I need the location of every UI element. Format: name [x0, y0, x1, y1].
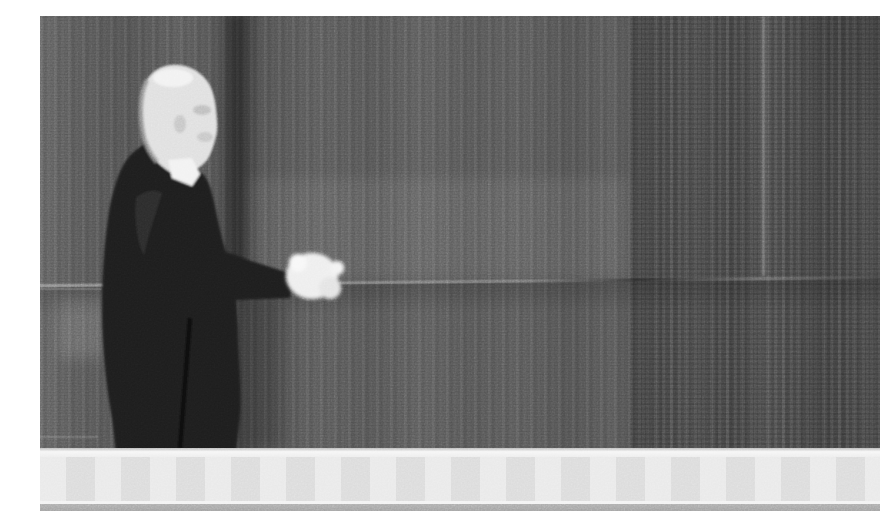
hand-shade-lower: [319, 277, 341, 299]
brow-shadow: [193, 105, 211, 115]
floor-band: [40, 457, 880, 501]
crown-highlight: [153, 69, 193, 87]
suit-silhouette: [102, 142, 292, 452]
photograph: Grainy black-and-white news photograph o…: [40, 16, 880, 511]
floor-highlight-line: [40, 448, 880, 457]
stage-floor: [40, 448, 880, 511]
mouth-shadow: [197, 132, 213, 142]
hand-highlight-upper: [289, 254, 307, 272]
man-figure: [40, 16, 880, 511]
ear-shadow: [174, 115, 186, 133]
hand-highlight-front: [330, 261, 344, 275]
floor-shadow-strip: [40, 504, 880, 511]
